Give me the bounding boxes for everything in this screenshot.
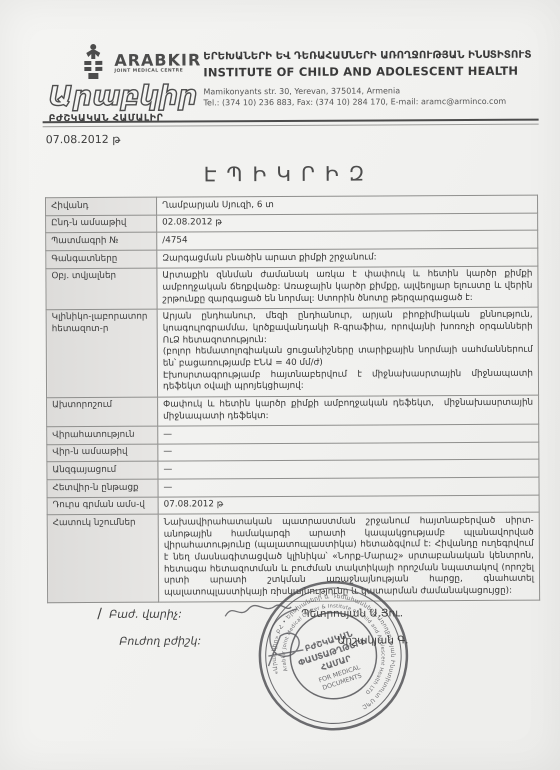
row-value: —	[158, 424, 539, 444]
brand-name-am: Արաբկիր	[48, 82, 198, 110]
row-label: Կլինիկո-լաբորատոր հետազոտ-ր	[46, 309, 157, 397]
header-logo: ARABKIR JOINT MEDICAL CENTRE Արաբկիր ԲԺՇ…	[48, 42, 198, 124]
row-label: Հատուկ նշումներ	[47, 515, 158, 603]
treating-physician-name: Արշակյան Գ.	[337, 634, 408, 646]
row-value: 02.08.2012 թ	[157, 213, 538, 233]
header-institute-block: ԵՐԵԽԱՆԵՐԻ ԵՎ ԴԵՌԱՀԱՍՆԵՐԻ ԱՌՈՂՋՈՒԹՅԱՆ ԻՆՍ…	[203, 49, 538, 110]
table-row: Օբյ. տվյալներ Արտաքին զննման ժամանակ առկ…	[46, 266, 538, 310]
contact-line: Tel.: (374 10) 236 883, Fax: (374 10) 28…	[203, 96, 538, 109]
row-value: Զարգացման բնածին արատ քիմքի շրջանում:	[157, 248, 538, 268]
row-value: —	[158, 477, 539, 497]
row-value: /4754	[157, 231, 538, 251]
head-of-department-label: Բաժ. վարիչ:	[109, 608, 182, 621]
row-label: Հետվիր-ն ընթացք	[47, 479, 158, 497]
head-of-department-name: Պետրոսյան Ա.Յու.	[301, 607, 403, 620]
pen-slash-mark: /	[97, 606, 102, 622]
document-title: ԷՊԻԿՐԻԶ	[0, 160, 560, 187]
row-label: Դուրս գրման ամս-վ	[47, 497, 158, 515]
row-value: 07.08.2012 թ	[158, 495, 539, 515]
epicrisis-table: Հիվանդ Ղամբարյան Սյուզի, 6 տ Ընդ-ն ամսաթ…	[45, 195, 540, 604]
row-label: Վիր-ն ամսաթիվ	[47, 444, 158, 462]
table-row: Ախտորոշում Փափուկ և հետին կարծր քիմքի ամ…	[47, 395, 539, 427]
institute-name-armenian: ԵՐԵԽԱՆԵՐԻ ԵՎ ԴԵՌԱՀԱՍՆԵՐԻ ԱՌՈՂՋՈՒԹՅԱՆ ԻՆՍ…	[203, 49, 538, 64]
row-value: Արյան ընդհանուր, մեզի ընդհանուր, արյան բ…	[157, 307, 538, 397]
signature-loop-icon	[263, 606, 315, 670]
row-label: Վիրահատություն	[47, 426, 158, 444]
arabkir-logo-icon	[76, 43, 110, 81]
row-label: Գանգատները	[46, 250, 157, 268]
scanned-document-page: ARABKIR JOINT MEDICAL CENTRE Արաբկիր ԲԺՇ…	[0, 0, 560, 770]
row-value: —	[158, 460, 539, 480]
row-label: Օբյ. տվյալներ	[46, 268, 157, 310]
row-label: Ընդ-ն ամսաթիվ	[46, 215, 157, 233]
treating-physician-label: Բուժող բժիշկ:	[119, 634, 201, 647]
row-value: Փափուկ և հետին կարծր քիմքի ամբողջական դե…	[158, 395, 539, 426]
row-label: Անզգայացում	[47, 462, 158, 480]
row-value: —	[158, 442, 539, 462]
table-row: Կլինիկո-լաբորատոր հետազոտ-ր Արյան ընդհան…	[46, 307, 538, 397]
row-label: Ախտորոշում	[47, 397, 158, 427]
document-date: 07.08.2012 թ	[46, 133, 121, 146]
row-label: Հիվանդ	[46, 197, 157, 215]
institute-name-english: INSTITUTE OF CHILD AND ADOLESCENT HEALTH	[203, 64, 538, 80]
row-value: Ղամբարյան Սյուզի, 6 տ	[157, 195, 538, 215]
row-label: Պատմագրի №	[46, 233, 157, 251]
header-divider	[43, 119, 539, 128]
row-value: Արտաքին զննման ժամանակ առկա է փափուկ և հ…	[157, 266, 538, 309]
brand-name-en: ARABKIR	[114, 52, 201, 68]
